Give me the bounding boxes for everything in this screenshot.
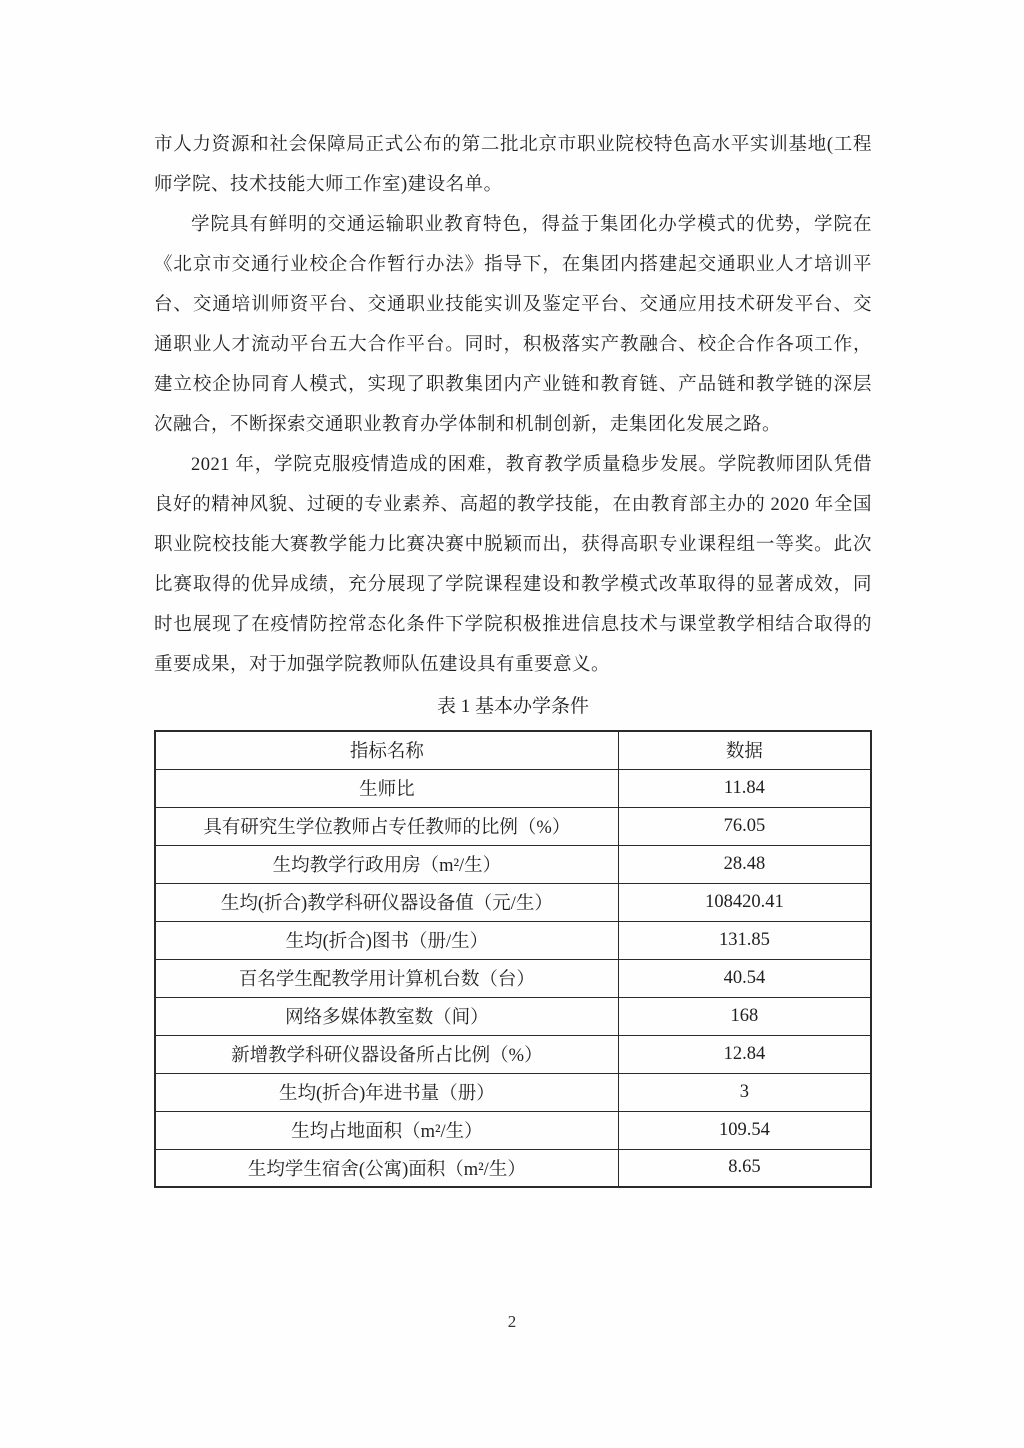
cell-indicator: 生均占地面积（m²/生） — [155, 1111, 618, 1149]
cell-indicator: 生均教学行政用房（m²/生） — [155, 845, 618, 883]
cell-value: 8.65 — [618, 1149, 871, 1187]
cell-indicator: 百名学生配教学用计算机台数（台） — [155, 959, 618, 997]
cell-value: 131.85 — [618, 921, 871, 959]
document-page: 市人力资源和社会保障局正式公布的第二批北京市职业院校特色高水平实训基地(工程师学… — [0, 0, 1024, 1448]
cell-value: 76.05 — [618, 807, 871, 845]
cell-indicator: 生均学生宿舍(公寓)面积（m²/生） — [155, 1149, 618, 1187]
document-content: 市人力资源和社会保障局正式公布的第二批北京市职业院校特色高水平实训基地(工程师学… — [154, 125, 872, 1188]
table-row: 生均占地面积（m²/生） 109.54 — [155, 1111, 871, 1149]
table-row: 生均(折合)图书（册/生） 131.85 — [155, 921, 871, 959]
basic-conditions-table: 指标名称 数据 生师比 11.84 具有研究生学位教师占专任教师的比例（%） 7… — [154, 730, 872, 1188]
table-row: 具有研究生学位教师占专任教师的比例（%） 76.05 — [155, 807, 871, 845]
table-row: 生均(折合)年进书量（册） 3 — [155, 1073, 871, 1111]
paragraph-continuation: 市人力资源和社会保障局正式公布的第二批北京市职业院校特色高水平实训基地(工程师学… — [154, 125, 872, 205]
cell-value: 40.54 — [618, 959, 871, 997]
paragraph-2021-achievements: 2021 年，学院克服疫情造成的困难，教育教学质量稳步发展。学院教师团队凭借良好… — [154, 445, 872, 685]
cell-indicator: 新增教学科研仪器设备所占比例（%） — [155, 1035, 618, 1073]
header-data: 数据 — [618, 731, 871, 769]
table-header-row: 指标名称 数据 — [155, 731, 871, 769]
table-row: 生师比 11.84 — [155, 769, 871, 807]
table-row: 生均学生宿舍(公寓)面积（m²/生） 8.65 — [155, 1149, 871, 1187]
cell-value: 12.84 — [618, 1035, 871, 1073]
table-caption: 表 1 基本办学条件 — [154, 693, 872, 721]
cell-value: 109.54 — [618, 1111, 871, 1149]
table-row: 百名学生配教学用计算机台数（台） 40.54 — [155, 959, 871, 997]
table-row: 新增教学科研仪器设备所占比例（%） 12.84 — [155, 1035, 871, 1073]
paragraph-cooperation-platforms: 学院具有鲜明的交通运输职业教育特色，得益于集团化办学模式的优势，学院在《北京市交… — [154, 205, 872, 445]
header-indicator-name: 指标名称 — [155, 731, 618, 769]
table-row: 网络多媒体教室数（间） 168 — [155, 997, 871, 1035]
cell-value: 3 — [618, 1073, 871, 1111]
page-number: 2 — [0, 1312, 1024, 1332]
table-row: 生均教学行政用房（m²/生） 28.48 — [155, 845, 871, 883]
cell-indicator: 具有研究生学位教师占专任教师的比例（%） — [155, 807, 618, 845]
cell-value: 11.84 — [618, 769, 871, 807]
cell-value: 28.48 — [618, 845, 871, 883]
cell-value: 168 — [618, 997, 871, 1035]
cell-indicator: 生均(折合)图书（册/生） — [155, 921, 618, 959]
cell-indicator: 生师比 — [155, 769, 618, 807]
cell-indicator: 网络多媒体教室数（间） — [155, 997, 618, 1035]
cell-indicator: 生均(折合)教学科研仪器设备值（元/生） — [155, 883, 618, 921]
cell-value: 108420.41 — [618, 883, 871, 921]
table-row: 生均(折合)教学科研仪器设备值（元/生） 108420.41 — [155, 883, 871, 921]
cell-indicator: 生均(折合)年进书量（册） — [155, 1073, 618, 1111]
